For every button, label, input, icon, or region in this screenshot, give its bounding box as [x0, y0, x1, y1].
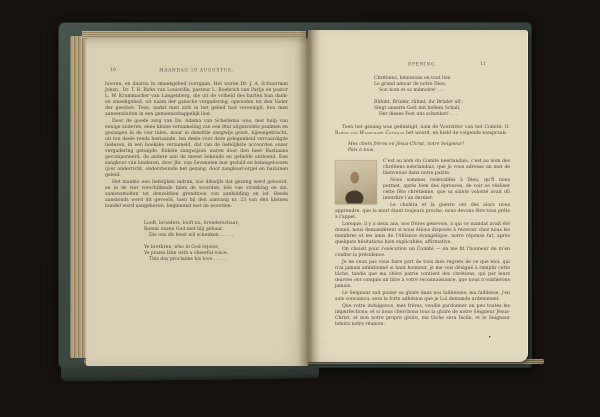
paragraph: Het maakte een liefelijken indruk, zoo d…: [105, 179, 288, 209]
verse-line: Die ons dit feest wil schenken . . . . .: [149, 232, 288, 238]
photo-background: 10 MAANDAG 19 AUGUSTUS. hooren, en daarn…: [0, 0, 600, 417]
intro-paragraph: Toen het gezang was geëindigd, nam de Vo…: [335, 124, 510, 136]
book: 10 MAANDAG 19 AUGUSTUS. hooren, en daarn…: [58, 22, 534, 372]
intro-text: Toen het gezang was geëindigd, nam de Vo…: [342, 124, 505, 130]
speech-paragraph: Lorsque, il y a deux ans, nos frères gen…: [335, 221, 510, 245]
right-page-text-surface: OPENING. 11 Chrétiens, bénissons en tout…: [308, 30, 528, 362]
right-running-head: OPENING.: [408, 62, 437, 67]
left-page-number: 10: [110, 67, 116, 73]
hymn-dutch: Looft, broeders, looft nu, broederschaar…: [144, 220, 288, 238]
intro-text-post: het woord, en hield de volgende toespraa…: [405, 130, 507, 136]
speech-block: C'est au nom du Comité néerlandais, c'es…: [335, 158, 510, 327]
right-page-number: 11: [480, 61, 486, 67]
verse-line: Der dieses Fest uns schenket! . . .: [379, 111, 510, 117]
speech-paragraph: Que votre indulgence, mes frères, veuill…: [335, 303, 510, 327]
paragraph: Door de goede zorg van Ds. Adama van Sch…: [105, 118, 288, 178]
left-page: 10 MAANDAG 19 AUGUSTUS. hooren, en daarn…: [86, 38, 308, 366]
right-running-head-row: OPENING. 11: [335, 61, 510, 67]
ink-speck: [489, 336, 491, 338]
left-page-text-surface: 10 MAANDAG 19 AUGUSTUS. hooren, en daarn…: [86, 38, 308, 366]
paragraph: hooren, en daarna in smeekgebed voorgaan…: [105, 81, 288, 117]
hymn-french: Chrétiens, bénissons en tout lieu Le gra…: [374, 75, 510, 93]
left-running-head-row: 10 MAANDAG 19 AUGUSTUS.: [105, 67, 288, 73]
hymn-english: Ye brethren, who in God rejoice, Ye prai…: [144, 244, 288, 262]
speech-paragraph: Le choléra et la guerre ont dès alors no…: [335, 202, 510, 220]
speech-paragraph: Le Seigneur sait puiser sa gloire dans n…: [335, 290, 510, 302]
verse-line: This day proclaims his love . . . . .: [149, 256, 288, 262]
speech-paragraph: On choisit pour l'exécution un Comité — …: [335, 246, 510, 258]
hymn-german: Rühmt, Brüder, rühmt, ihr Brüder all'; S…: [374, 99, 510, 117]
verse-line: Son nom et sa mémoire! . . .: [379, 87, 510, 93]
salutation: Mes chers frères en Jésus-Christ, notre …: [348, 141, 510, 153]
speech-paragraph: Je ne veux pas vous faire part de tous m…: [335, 259, 510, 289]
right-page: OPENING. 11 Chrétiens, bénissons en tout…: [308, 30, 528, 362]
left-running-head: MAANDAG 19 AUGUSTUS.: [159, 68, 233, 73]
salutation-line: Paix à tous.: [348, 147, 510, 153]
portrait-photo: [335, 160, 377, 204]
